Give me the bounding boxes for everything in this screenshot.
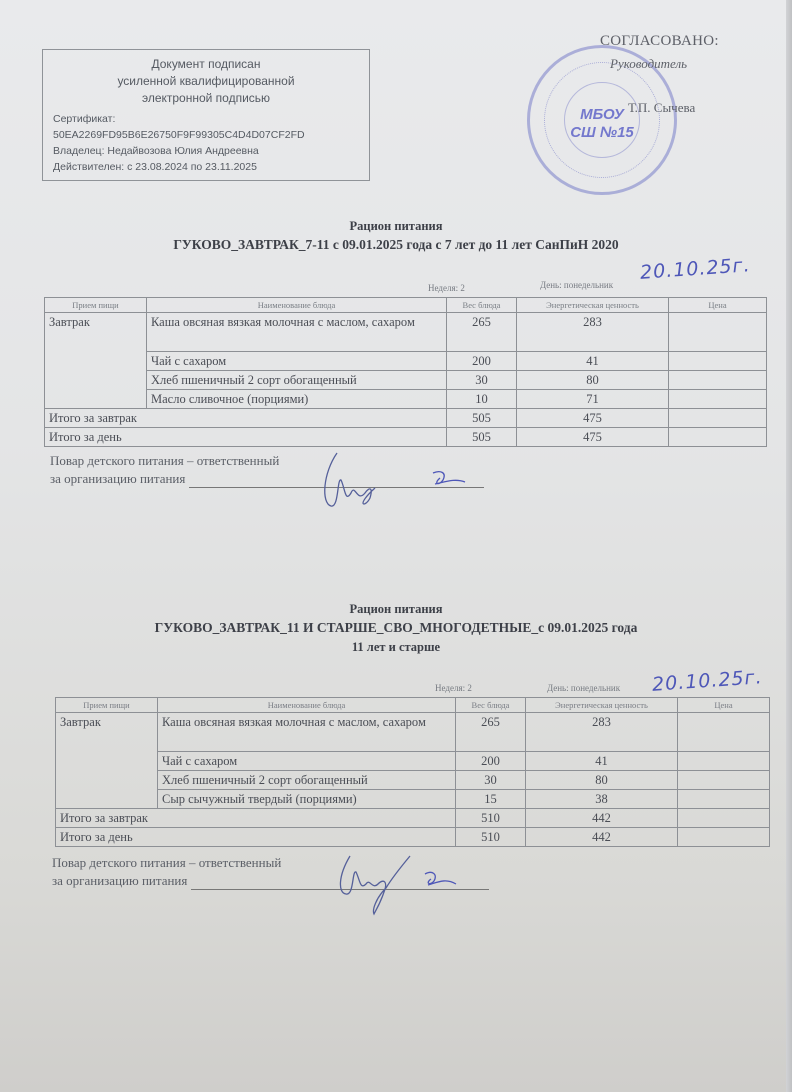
energy-cell: 80 <box>517 371 669 390</box>
dish-cell: Сыр сычужный твердый (порциями) <box>158 790 456 809</box>
table-row: Сыр сычужный твердый (порциями) 15 38 <box>56 790 770 809</box>
table-row: Чай с сахаром 200 41 <box>45 352 767 371</box>
dish-cell: Каша овсяная вязкая молочная с маслом, с… <box>147 313 447 352</box>
total-label: Итого за завтрак <box>45 409 447 428</box>
total-price <box>669 409 767 428</box>
table-row: Масло сливочное (порциями) 10 71 <box>45 390 767 409</box>
approval-title: СОГЛАСОВАНО: <box>600 33 780 50</box>
menu1-handwritten-date: 20.10.25г. <box>639 254 751 284</box>
col-header-energy: Энергетическая ценность <box>517 298 669 313</box>
total-price <box>678 828 770 847</box>
col-header-dish: Наименование блюда <box>158 698 456 713</box>
total-row: Итого за завтрак 505 475 <box>45 409 767 428</box>
energy-cell: 283 <box>526 713 678 752</box>
col-header-price: Цена <box>678 698 770 713</box>
approval-block: СОГЛАСОВАНО: Руководитель Т.П. Сычева <box>600 33 780 116</box>
dish-cell: Хлеб пшеничный 2 сорт обогащенный <box>158 771 456 790</box>
meal-cell: Завтрак <box>45 313 147 409</box>
dish-cell: Чай с сахаром <box>147 352 447 371</box>
table-row: Завтрак Каша овсяная вязкая молочная с м… <box>45 313 767 352</box>
menu1-day: День: понедельник <box>540 280 613 290</box>
total-label: Итого за завтрак <box>56 809 456 828</box>
price-cell <box>678 771 770 790</box>
total-energy: 475 <box>517 428 669 447</box>
energy-cell: 80 <box>526 771 678 790</box>
esign-validity: Действителен: с 23.08.2024 по 23.11.2025 <box>53 159 359 175</box>
approval-name: Т.П. Сычева <box>628 100 780 116</box>
menu2-title: Рацион питания <box>0 602 792 617</box>
menu2-subtitle: ГУКОВО_ЗАВТРАК_11 И СТАРШЕ_СВО_МНОГОДЕТН… <box>0 620 792 636</box>
weight-cell: 30 <box>447 371 517 390</box>
energy-cell: 71 <box>517 390 669 409</box>
price-cell <box>678 790 770 809</box>
table-row: Завтрак Каша овсяная вязкая молочная с м… <box>56 713 770 752</box>
total-price <box>678 809 770 828</box>
cook-line-2: за организацию питания <box>52 873 187 888</box>
col-header-meal: Прием пищи <box>45 298 147 313</box>
esignature-box: Документ подписан усиленной квалифициров… <box>42 49 370 181</box>
weight-cell: 10 <box>447 390 517 409</box>
total-weight: 505 <box>447 428 517 447</box>
menu2-subtitle-age: 11 лет и старше <box>0 640 792 655</box>
energy-cell: 41 <box>526 752 678 771</box>
col-header-meal: Прием пищи <box>56 698 158 713</box>
total-energy: 475 <box>517 409 669 428</box>
price-cell <box>669 352 767 371</box>
esign-certificate-label: Сертификат: <box>53 111 359 127</box>
table-row: Хлеб пшеничный 2 сорт обогащенный 30 80 <box>56 771 770 790</box>
cook-line-2: за организацию питания <box>50 471 185 486</box>
menu2-week: Неделя: 2 <box>435 683 472 693</box>
weight-cell: 30 <box>456 771 526 790</box>
energy-cell: 41 <box>517 352 669 371</box>
total-weight: 505 <box>447 409 517 428</box>
price-cell <box>669 390 767 409</box>
menu2-handwritten-date: 20.10.25г. <box>651 666 763 696</box>
energy-cell: 283 <box>517 313 669 352</box>
total-label: Итого за день <box>45 428 447 447</box>
total-weight: 510 <box>456 828 526 847</box>
price-cell <box>669 371 767 390</box>
weight-cell: 15 <box>456 790 526 809</box>
dish-cell: Масло сливочное (порциями) <box>147 390 447 409</box>
stamp-text-2: СШ №15 <box>530 124 674 142</box>
table-row: Хлеб пшеничный 2 сорт обогащенный 30 80 <box>45 371 767 390</box>
meal-cell: Завтрак <box>56 713 158 809</box>
menu1-week: Неделя: 2 <box>428 283 465 293</box>
cook-signature-1 <box>315 448 485 518</box>
menu1-subtitle: ГУКОВО_ЗАВТРАК_7-11 с 09.01.2025 года с … <box>0 237 792 253</box>
price-cell <box>669 313 767 352</box>
menu2-table: Прием пищи Наименование блюда Вес блюда … <box>55 697 770 847</box>
esign-heading-2: усиленной квалифицированной <box>53 73 359 90</box>
esign-certificate-id: 50EA2269FD95B6E26750F9F99305C4D4D07CF2FD <box>53 127 359 143</box>
esign-heading-3: электронной подписью <box>53 90 359 107</box>
energy-cell: 38 <box>526 790 678 809</box>
weight-cell: 200 <box>456 752 526 771</box>
col-header-weight: Вес блюда <box>456 698 526 713</box>
total-price <box>669 428 767 447</box>
menu2-day: День: понедельник <box>547 683 620 693</box>
total-weight: 510 <box>456 809 526 828</box>
weight-cell: 265 <box>456 713 526 752</box>
table-row: Чай с сахаром 200 41 <box>56 752 770 771</box>
esign-heading-1: Документ подписан <box>53 56 359 73</box>
cook-signature-2 <box>330 848 480 918</box>
approval-role: Руководитель <box>610 56 780 72</box>
total-row: Итого за день 510 442 <box>56 828 770 847</box>
paper-edge <box>786 0 792 1092</box>
dish-cell: Каша овсяная вязкая молочная с маслом, с… <box>158 713 456 752</box>
menu1-title: Рацион питания <box>0 219 792 234</box>
total-label: Итого за день <box>56 828 456 847</box>
weight-cell: 200 <box>447 352 517 371</box>
total-row: Итого за день 505 475 <box>45 428 767 447</box>
esign-owner: Владелец: Недайвозова Юлия Андреевна <box>53 143 359 159</box>
col-header-weight: Вес блюда <box>447 298 517 313</box>
total-energy: 442 <box>526 828 678 847</box>
price-cell <box>678 713 770 752</box>
col-header-energy: Энергетическая ценность <box>526 698 678 713</box>
menu1-table: Прием пищи Наименование блюда Вес блюда … <box>44 297 767 447</box>
total-row: Итого за завтрак 510 442 <box>56 809 770 828</box>
col-header-price: Цена <box>669 298 767 313</box>
weight-cell: 265 <box>447 313 517 352</box>
total-energy: 442 <box>526 809 678 828</box>
price-cell <box>678 752 770 771</box>
dish-cell: Чай с сахаром <box>158 752 456 771</box>
col-header-dish: Наименование блюда <box>147 298 447 313</box>
document-page: Документ подписан усиленной квалифициров… <box>0 0 792 1092</box>
dish-cell: Хлеб пшеничный 2 сорт обогащенный <box>147 371 447 390</box>
